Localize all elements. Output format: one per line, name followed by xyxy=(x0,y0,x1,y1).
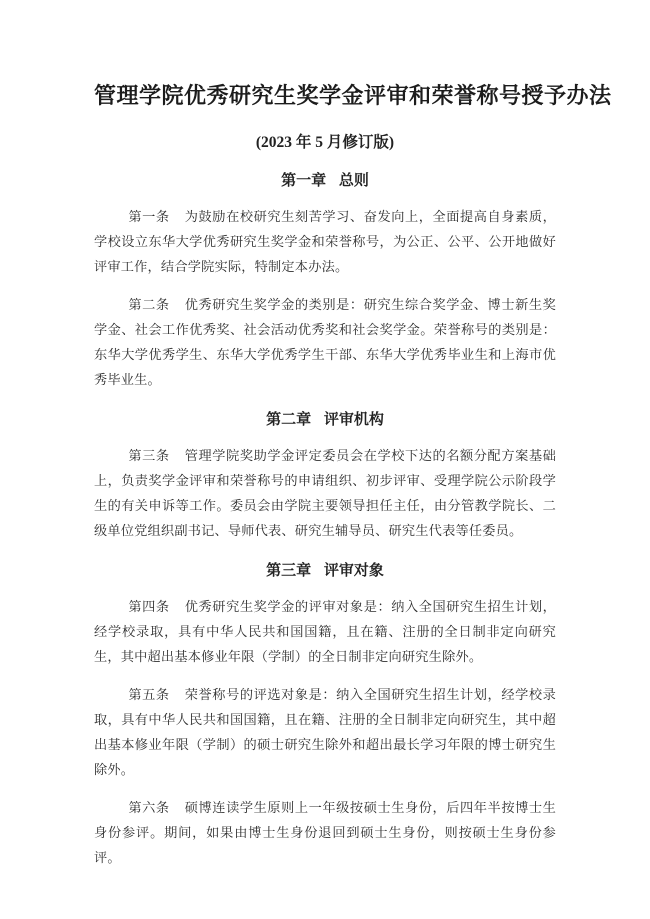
article-label: 第二条 xyxy=(128,297,169,312)
document-subtitle: (2023 年 5 月修订版) xyxy=(94,133,556,153)
chapter-heading: 第二章评审机构 xyxy=(94,410,556,430)
chapter-section-3: 第三章评审对象 第四条优秀研究生奖学金的评审对象是：纳入全国研究生招生计划，经学… xyxy=(94,561,556,870)
article-label: 第一条 xyxy=(128,209,169,224)
article-label: 第四条 xyxy=(128,599,169,614)
article-paragraph: 第二条优秀研究生奖学金的类别是：研究生综合奖学金、博士新生奖学金、社会工作优秀奖… xyxy=(94,292,556,392)
chapter-heading: 第三章评审对象 xyxy=(94,561,556,581)
chapter-heading: 第一章总则 xyxy=(94,171,556,191)
article-label: 第六条 xyxy=(128,800,169,815)
article-paragraph: 第六条硕博连读学生原则上一年级按硕士生身份，后四年半按博士生身份参评。期间，如果… xyxy=(94,795,556,870)
chapter-title: 评审对象 xyxy=(324,563,384,579)
chapter-title: 评审机构 xyxy=(324,412,384,428)
article-paragraph: 第五条荣誉称号的评选对象是：纳入全国研究生招生计划，经学校录取，具有中华人民共和… xyxy=(94,682,556,782)
document-title: 管理学院优秀研究生奖学金评审和荣誉称号授予办法 xyxy=(94,82,556,110)
article-paragraph: 第三条管理学院奖助学金评定委员会在学校下达的名额分配方案基础上，负责奖学金评审和… xyxy=(94,443,556,543)
chapter-section-1: 第一章总则 第一条为鼓励在校研究生刻苦学习、奋发向上，全面提高自身素质，学校设立… xyxy=(94,171,556,392)
article-paragraph: 第一条为鼓励在校研究生刻苦学习、奋发向上，全面提高自身素质，学校设立东华大学优秀… xyxy=(94,204,556,279)
chapter-number: 第三章 xyxy=(266,563,311,579)
article-label: 第三条 xyxy=(128,448,169,463)
article-label: 第五条 xyxy=(128,687,169,702)
chapter-section-2: 第二章评审机构 第三条管理学院奖助学金评定委员会在学校下达的名额分配方案基础上，… xyxy=(94,410,556,543)
chapter-title: 总则 xyxy=(339,173,369,189)
document-page: 管理学院优秀研究生奖学金评审和荣誉称号授予办法 (2023 年 5 月修订版) … xyxy=(0,0,650,919)
chapter-number: 第二章 xyxy=(266,412,311,428)
article-paragraph: 第四条优秀研究生奖学金的评审对象是：纳入全国研究生招生计划，经学校录取，具有中华… xyxy=(94,594,556,669)
chapter-number: 第一章 xyxy=(281,173,326,189)
